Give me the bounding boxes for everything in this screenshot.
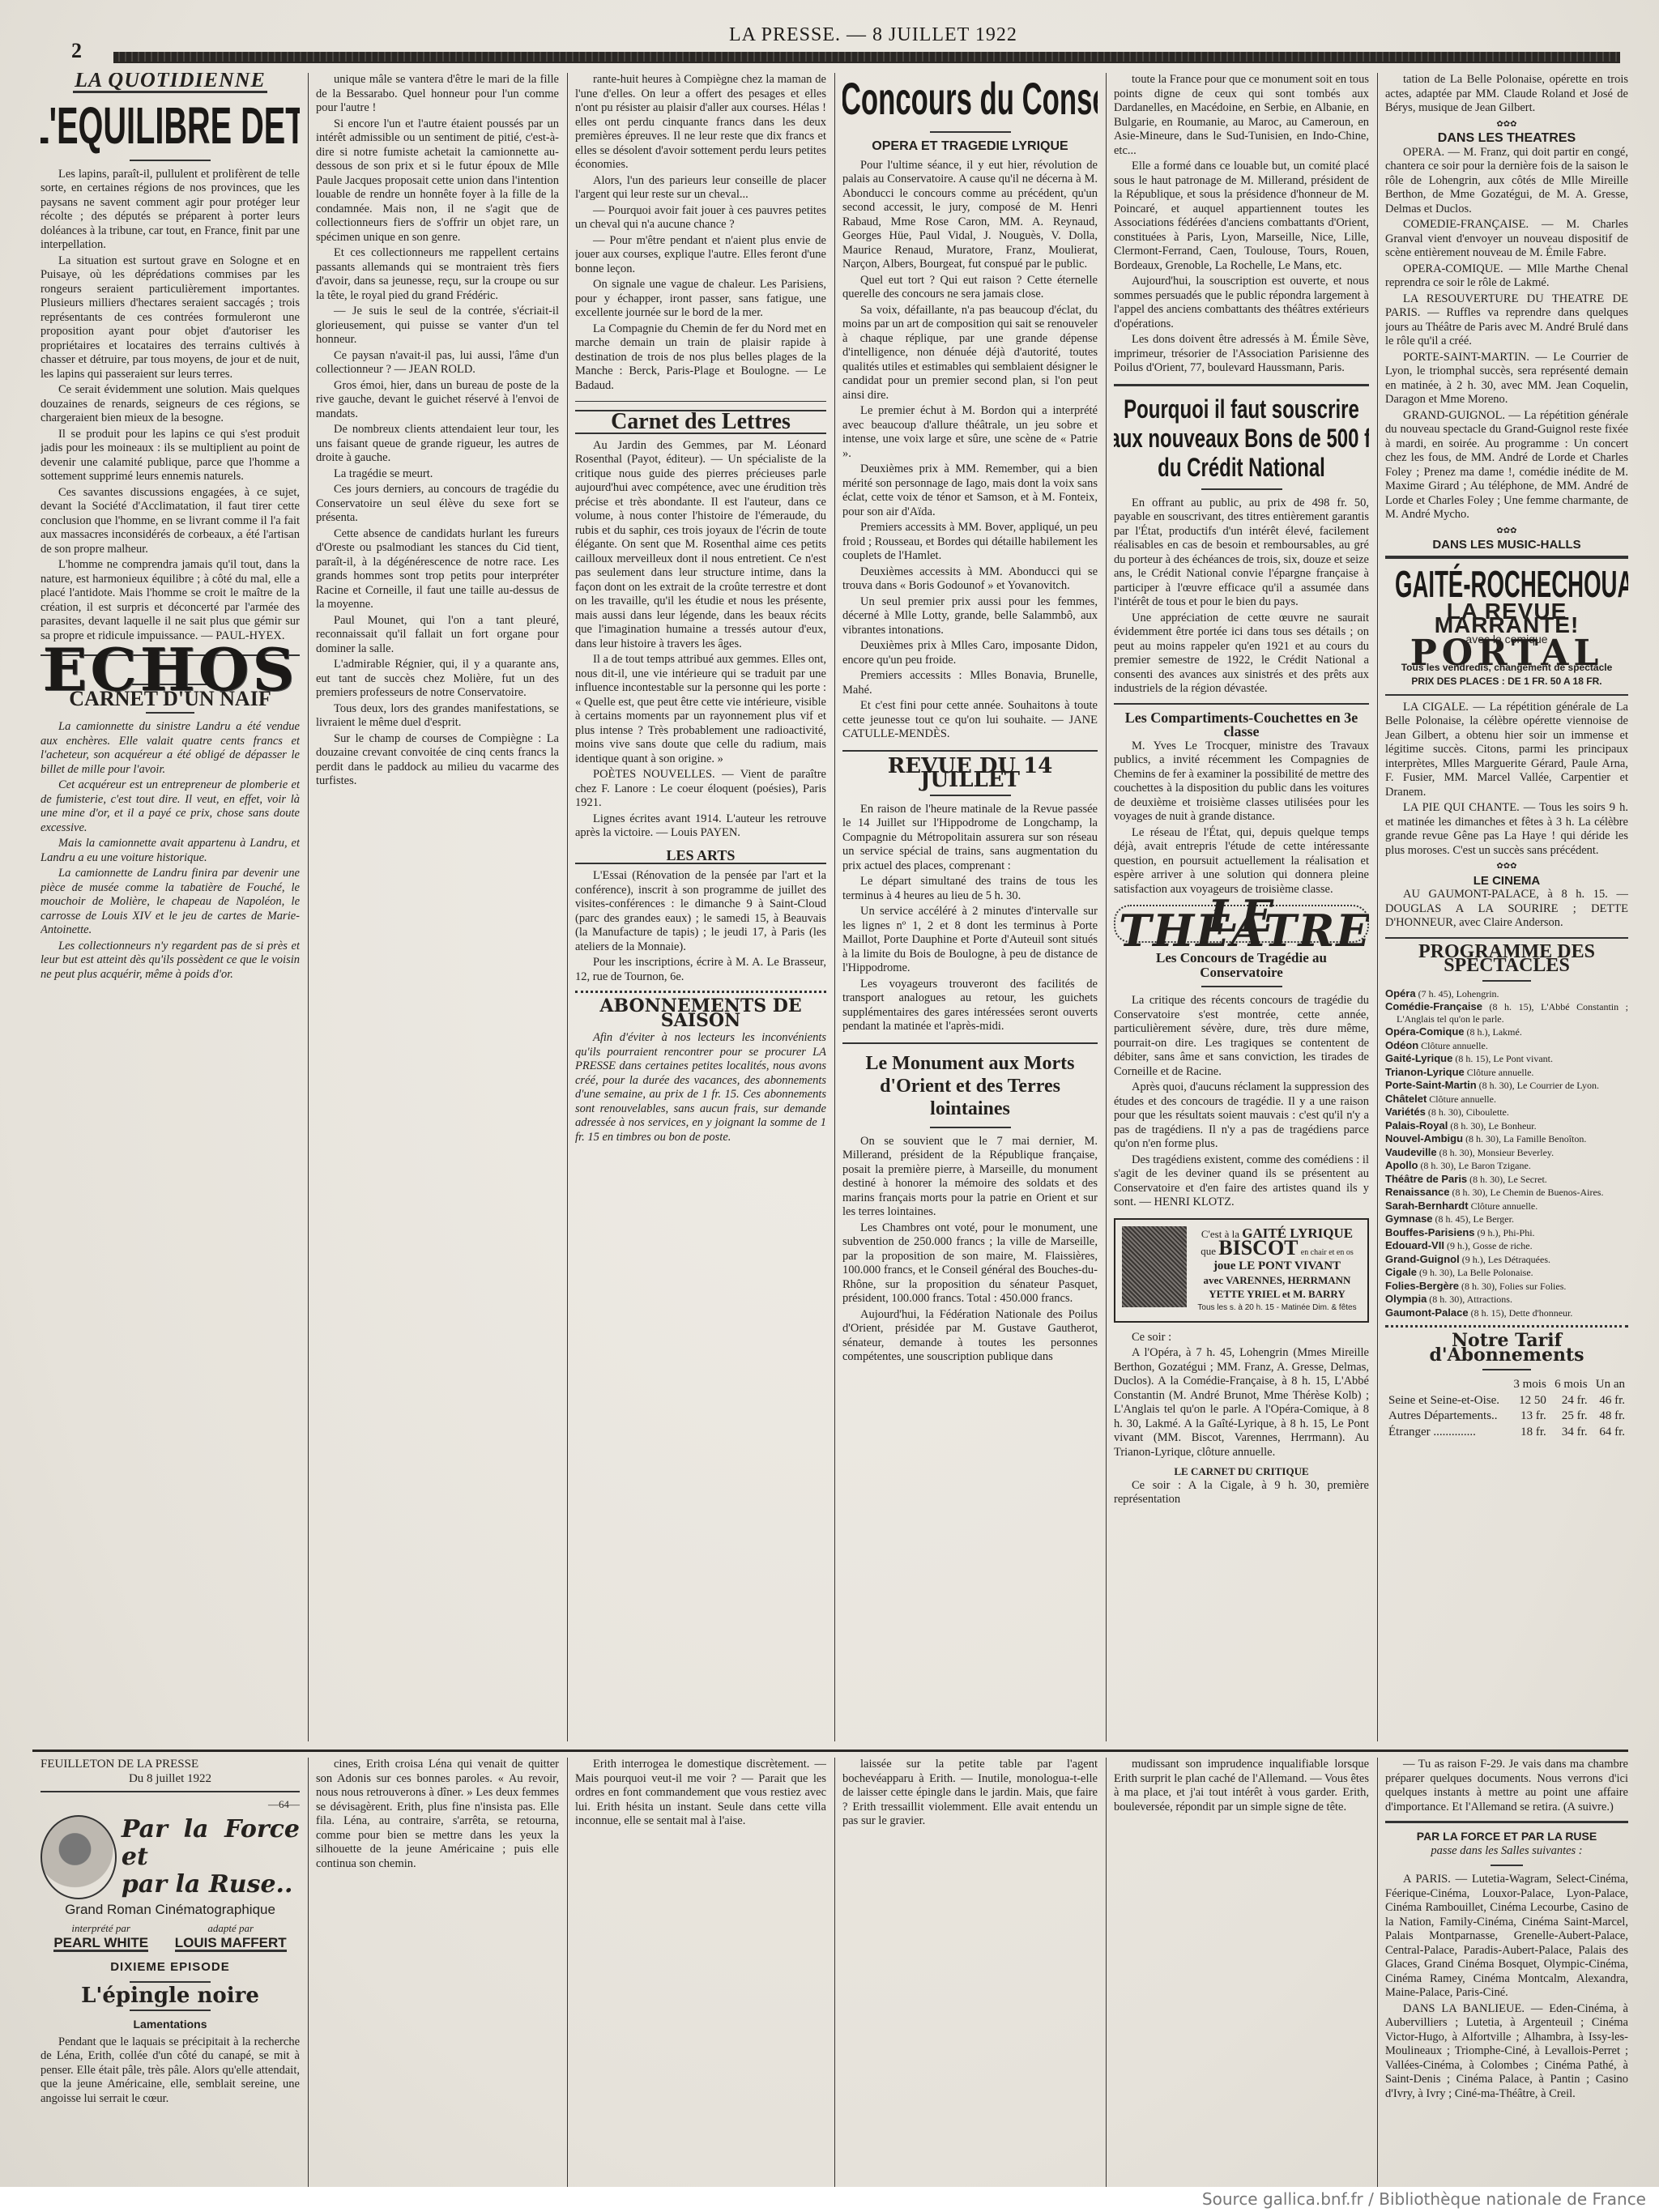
venue-info: (9 h.), Phi-Phi. — [1478, 1227, 1535, 1238]
programme-item: Porte-Saint-Martin (8 h. 30), Le Courrie… — [1385, 1080, 1628, 1092]
cinema-note: AU GAUMONT-PALACE, à 8 h. 15. — DOUGLAS … — [1385, 888, 1628, 931]
feuilleton-title-line1: Par la Force et — [122, 1816, 300, 1871]
tarif-cell: 24 fr. — [1550, 1393, 1591, 1409]
paragraph: Un service accéléré à 2 minutes d'interv… — [842, 905, 1098, 976]
paragraph: LA PIE QUI CHANTE. — Tous les soirs 9 h.… — [1385, 801, 1628, 858]
echos-title: ECHOS — [41, 663, 300, 677]
venue-name: Comédie-Française — [1385, 1000, 1482, 1012]
paragraph: M. Yves Le Trocquer, ministre des Travau… — [1114, 739, 1369, 825]
venue-name: Grand-Guignol — [1385, 1253, 1460, 1265]
page-number: 2 — [71, 39, 82, 63]
theatre-banner: LE THÉATRE — [1114, 905, 1369, 943]
venue-name: Châtelet — [1385, 1093, 1427, 1105]
programme-item: Cigale (9 h. 30), La Belle Polonaise. — [1385, 1267, 1628, 1279]
echos-subtitle: CARNET D'UN NAIF — [41, 692, 300, 706]
paragraph: La camionnette de Landru finira par deve… — [41, 867, 300, 938]
tarif-cell: 64 fr. — [1591, 1425, 1628, 1441]
paragraph: Ce serait évidemment une solution. Mais … — [41, 383, 300, 426]
paragraph: unique mâle se vantera d'être le mari de… — [316, 73, 559, 116]
article-body: unique mâle se vantera d'être le mari de… — [316, 73, 559, 789]
tarif-table: 3 mois6 moisUn an Seine et Seine-et-Oise… — [1385, 1377, 1628, 1440]
credit-title-line2: aux nouveaux Bons de 500 fr. 6% — [1114, 424, 1369, 453]
ornament: ✿✿✿ — [1385, 524, 1628, 539]
paragraph: — Pour m'être pendant et n'aient plus en… — [575, 234, 826, 277]
tarif-header: 3 mois — [1508, 1377, 1550, 1393]
ce-soir-label: Ce soir : — [1114, 1331, 1369, 1345]
tarif-header: 6 mois — [1550, 1377, 1591, 1393]
feuilleton-text: — Tu as raison F-29. Je vais dans ma cha… — [1385, 1758, 1628, 1814]
rule — [1385, 1821, 1628, 1823]
rule — [575, 401, 826, 402]
paragraph: En offrant au public, au prix de 498 fr.… — [1114, 497, 1369, 610]
ad-text: en chair et en os — [1301, 1248, 1354, 1257]
rule — [1385, 1325, 1628, 1328]
programme-item: Folies-Bergère (8 h. 30), Folies sur Fol… — [1385, 1281, 1628, 1293]
venue-name: Gaité-Lyrique — [1385, 1052, 1452, 1064]
paragraph: Une appréciation de cette œuvre ne saura… — [1114, 612, 1369, 697]
column-theatres: tation de La Belle Polonaise, opérette e… — [1385, 73, 1628, 1741]
paragraph: Le réseau de l'État, qui, depuis quelque… — [1114, 826, 1369, 897]
venue-info: (8 h. 30), Le Bonheur. — [1450, 1120, 1536, 1132]
tarif-cell: Seine et Seine-et-Oise. — [1385, 1393, 1508, 1409]
paragraph: Quel eut tort ? Qui eut raison ? Cette é… — [842, 274, 1098, 302]
ad-play: joue LE PONT VIVANT — [1193, 1259, 1361, 1273]
tarif-cell: Autres Départements.. — [1385, 1409, 1508, 1425]
masthead-title: LA PRESSE. — 8 JUILLET 1922 — [729, 24, 1017, 46]
paragraph: Les lapins, paraît-il, pullulent et prol… — [41, 168, 300, 253]
column-divider — [1106, 1758, 1107, 2187]
venue-name: Gymnase — [1385, 1213, 1433, 1225]
gaite-prix: PRIX DES PLACES : DE 1 FR. 50 A 18 FR. — [1385, 675, 1628, 689]
feuilleton-rule — [32, 1750, 1628, 1752]
venue-name: Odéon — [1385, 1039, 1418, 1051]
venue-info: (8 h. 30), Le Secret. — [1469, 1174, 1547, 1185]
paragraph: Mais la camionnette avait appartenu à La… — [41, 837, 300, 865]
tarif-title: Notre Tarif d'Abonnements — [1385, 1334, 1628, 1362]
venue-info: (8 h. 30), Ciboulette. — [1428, 1106, 1509, 1118]
feuilleton-column: mudissant son imprudence inqualifiable l… — [1114, 1758, 1369, 2187]
feuilleton-text: mudissant son imprudence inqualifiable l… — [1114, 1758, 1369, 1814]
paragraph: Cet acquéreur est un entrepreneur de plo… — [41, 778, 300, 835]
programme-item: Gaumont-Palace (8 h. 15), Dette d'honneu… — [1385, 1307, 1628, 1319]
column-divider — [567, 73, 568, 1741]
carnet-critique-title: LE CARNET DU CRITIQUE — [1114, 1464, 1369, 1479]
venue-info: (8 h. 30), La Famille Benoîton. — [1465, 1133, 1586, 1144]
paragraph: Un seul premier prix aussi pour les femm… — [842, 595, 1098, 638]
tarif-cell: 13 fr. — [1508, 1409, 1550, 1425]
paragraph: Deuxièmes prix à MM. Remember, qui a bie… — [842, 462, 1098, 519]
paragraph: Les collectionneurs n'y regardent pas de… — [41, 940, 300, 982]
carnet-critique-text: Ce soir : A la Cigale, à 9 h. 30, premiè… — [1114, 1479, 1369, 1507]
paragraph: Pour les inscriptions, écrire à M. A. Le… — [575, 956, 826, 984]
tarif-row: Autres Départements..13 fr.25 fr.48 fr. — [1385, 1409, 1628, 1425]
article-body: Pour l'ultime séance, il y eut hier, rév… — [842, 159, 1098, 742]
paris-list: Lutetia-Wagram, Select-Cinéma, Féerique-… — [1385, 1873, 1628, 1999]
venue-name: Porte-Saint-Martin — [1385, 1079, 1477, 1091]
tarif-header: Un an — [1591, 1377, 1628, 1393]
chapter-title: Lamentations — [41, 2018, 300, 2032]
paragraph: tation de La Belle Polonaise, opérette e… — [1385, 73, 1628, 116]
venue-name: Sarah-Bernhardt — [1385, 1200, 1469, 1212]
paragraph: Il a de tout temps attribué aux gemmes. … — [575, 653, 826, 766]
feuilleton-genre: Grand Roman Cinématographique — [41, 1903, 300, 1917]
paragraph: Pour l'ultime séance, il y eut hier, rév… — [842, 159, 1098, 272]
paragraph: La Compagnie du Chemin de fer du Nord me… — [575, 322, 826, 394]
column-divider — [308, 1758, 309, 2187]
programme-item: Théâtre de Paris (8 h. 30), Le Secret. — [1385, 1174, 1628, 1186]
theatre-title: LE THÉATRE — [1119, 910, 1364, 938]
paragraph: — Pourquoi avoir fait jouer à ces pauvre… — [575, 204, 826, 232]
paragraph: En raison de l'heure matinale de la Revu… — [842, 803, 1098, 874]
paragraph: Ces jours derniers, au concours de tragé… — [316, 483, 559, 526]
paragraph: Gros émoi, hier, dans un bureau de poste… — [316, 379, 559, 422]
feuilleton-title-line2: par la Ruse.. — [122, 1871, 300, 1899]
venue-info: (7 h. 45), Lohengrin. — [1418, 988, 1499, 999]
venue-name: Théâtre de Paris — [1385, 1173, 1467, 1185]
paragraph: Premiers accessits à MM. Bover, appliqué… — [842, 521, 1098, 564]
column-carnet: rante-huit heures à Compiègne chez la ma… — [575, 73, 826, 1741]
paragraph: Il se produit pour les lapins ce qui s'e… — [41, 428, 300, 484]
column-divider — [1106, 73, 1107, 1741]
banlieue-label: DANS LA BANLIEUE. — [1403, 2002, 1525, 2015]
venue-name: Palais-Royal — [1385, 1119, 1448, 1132]
rule — [1491, 1865, 1523, 1866]
venue-name: Gaumont-Palace — [1385, 1306, 1469, 1319]
venue-info: Clôture annuelle. — [1429, 1093, 1496, 1105]
paragraph: On se souvient que le 7 mai dernier, M. … — [842, 1135, 1098, 1220]
tarif-row: Seine et Seine-et-Oise.12 5024 fr.46 fr. — [1385, 1393, 1628, 1409]
feuilleton-text: Pendant que le laquais se précipitait à … — [41, 2035, 300, 2107]
venue-info: Clôture annuelle. — [1471, 1200, 1538, 1212]
programme-item: Vaudeville (8 h. 30), Monsieur Beverley. — [1385, 1147, 1628, 1159]
rule — [1114, 703, 1369, 705]
programme-item: Edouard-VII (9 h.), Gosse de riche. — [1385, 1240, 1628, 1252]
paragraph: L'homme ne comprendra jamais qu'il tout,… — [41, 558, 300, 643]
feuilleton-column: cines, Erith croisa Léna qui venait de q… — [316, 1758, 559, 2187]
arts-body: L'Essai (Rénovation de la pensée par l'a… — [575, 869, 826, 984]
venue-name: Folies-Bergère — [1385, 1280, 1459, 1292]
rule — [930, 131, 1011, 133]
ce-soir-text: A l'Opéra, à 7 h. 45, Lohengrin (Mmes Mi… — [1114, 1346, 1369, 1460]
paragraph: Tous deux, lors des grandes manifestatio… — [316, 702, 559, 731]
article-body: Les lapins, paraît-il, pullulent et prol… — [41, 168, 300, 644]
rule — [146, 712, 194, 714]
programme-item: Apollo (8 h. 30), Le Baron Tzigane. — [1385, 1160, 1628, 1172]
paragraph: GRAND-GUIGNOL. — La répétition générale … — [1385, 409, 1628, 522]
programme-item: Gaité-Lyrique (8 h. 15), Le Pont vivant. — [1385, 1053, 1628, 1065]
section-kicker: LA QUOTIDIENNE — [41, 73, 300, 87]
echos-body: La camionnette du sinistre Landru a été … — [41, 720, 300, 982]
interprete-label: interprété par — [53, 1921, 148, 1936]
portrait-medallion — [41, 1815, 117, 1899]
column-conservatoire: Concours du Conservatoire OPERA ET TRAGE… — [842, 73, 1098, 1741]
column-divider — [567, 1758, 568, 2187]
credit-title-line1: Pourquoi il faut souscrire — [1114, 394, 1369, 424]
tarif-cell: 25 fr. — [1550, 1409, 1591, 1425]
column-divider — [834, 73, 835, 1741]
tarif-cell: 18 fr. — [1508, 1425, 1550, 1441]
monument-body: On se souvient que le 7 mai dernier, M. … — [842, 1135, 1098, 1365]
rule — [130, 1981, 211, 1983]
paragraph: Au Jardin des Gemmes, par M. Léonard Ros… — [575, 439, 826, 652]
credit-title-line3: du Crédit National — [1114, 453, 1369, 482]
venue-info: (8 h. 30), Le Courrier de Lyon. — [1479, 1080, 1599, 1091]
music-halls-title: DANS LES MUSIC-HALLS — [1385, 538, 1628, 552]
paragraph: Le premier échut à M. Bordon qui a inter… — [842, 404, 1098, 461]
venue-info: (8 h. 45), Le Berger. — [1435, 1213, 1514, 1225]
paragraph: Après quoi, d'aucuns réclament la suppre… — [1114, 1080, 1369, 1152]
venue-info: (8 h. 30), Le Baron Tzigane. — [1420, 1160, 1530, 1171]
paragraph: Alors, l'un des parieurs leur conseille … — [575, 174, 826, 202]
paragraph: POÈTES NOUVELLES. — Vient de paraître ch… — [575, 768, 826, 811]
programme-item: Châtelet Clôture annuelle. — [1385, 1093, 1628, 1106]
venue-info: (8 h. 30), Folies sur Folies. — [1461, 1281, 1566, 1292]
rule — [842, 1042, 1098, 1044]
paragraph: Des tragédiens existent, comme des coméd… — [1114, 1153, 1369, 1210]
paragraph: La situation est surtout grave en Sologn… — [41, 254, 300, 382]
music-notes: LA CIGALE. — La répétition générale de L… — [1385, 701, 1628, 859]
venue-name: Olympia — [1385, 1293, 1427, 1305]
programme-item: Opéra-Comique (8 h.), Lakmé. — [1385, 1026, 1628, 1038]
tarif-cell: 12 50 — [1508, 1393, 1550, 1409]
ornament: ✿✿✿ — [1385, 117, 1628, 132]
paragraph: La tragédie se meurt. — [316, 467, 559, 482]
paragraph: Aujourd'hui, la Fédération Nationale des… — [842, 1308, 1098, 1365]
paragraph: Cette absence de candidats hurlant les f… — [316, 527, 559, 612]
programme-item: Sarah-Bernhardt Clôture annuelle. — [1385, 1200, 1628, 1213]
gaite-rochechouart: GAITÉ-ROCHECHOUART — [1395, 564, 1618, 604]
tarif-row: Étranger ..............18 fr.34 fr.64 fr… — [1385, 1425, 1628, 1441]
feuilleton-column: Erith interrogea le domestique discrètem… — [575, 1758, 826, 2187]
paragraph: L'Essai (Rénovation de la pensée par l'a… — [575, 869, 826, 954]
venue-name: Apollo — [1385, 1159, 1418, 1171]
venue-info: (8 h.), Lakmé. — [1467, 1026, 1522, 1038]
adapte-name: LOUIS MAFFERT — [175, 1936, 287, 1953]
paris-label: A PARIS. — [1403, 1873, 1451, 1886]
venue-info: (9 h. 30), La Belle Polonaise. — [1419, 1267, 1533, 1278]
biscot-portrait — [1122, 1226, 1187, 1307]
rule — [1201, 986, 1282, 987]
ad-cast: avec VARENNES, HERRMANN — [1193, 1273, 1361, 1287]
column-divider — [308, 73, 309, 1741]
venue-name: Cigale — [1385, 1266, 1417, 1278]
masthead: 2 LA PRESSE. — 8 JUILLET 1922 — [32, 24, 1620, 65]
paragraph: L'admirable Régnier, qui, il y a quarant… — [316, 658, 559, 701]
programme-item: Palais-Royal (8 h. 30), Le Bonheur. — [1385, 1120, 1628, 1132]
rule — [842, 750, 1098, 752]
paragraph: La camionnette du sinistre Landru a été … — [41, 720, 300, 777]
salles-title: PAR LA FORCE ET PAR LA RUSE — [1385, 1830, 1628, 1844]
feuilleton-text: Erith interrogea le domestique discrètem… — [575, 1758, 826, 1829]
article-body: rante-huit heures à Compiègne chez la ma… — [575, 73, 826, 393]
programme-item: Odéon Clôture annuelle. — [1385, 1040, 1628, 1052]
column-divider — [1377, 1758, 1378, 2187]
paragraph: Sa voix, défaillante, n'a pas beaucoup d… — [842, 304, 1098, 403]
feuilleton-column: laissée sur la petite table par l'agent … — [842, 1758, 1098, 2187]
episode-title: L'épingle noire — [41, 1989, 300, 2004]
column-echos-continued: unique mâle se vantera d'être le mari de… — [316, 73, 559, 1741]
feuilleton-text: laissée sur la petite table par l'agent … — [842, 1758, 1098, 1829]
paragraph: Ces savantes discussions engagées, à ce … — [41, 486, 300, 557]
paragraph: Paul Mounet, qui l'on a tant pleuré, rec… — [316, 614, 559, 657]
paragraph: Aujourd'hui, la souscription est ouverte… — [1114, 275, 1369, 331]
tarif-cell: 48 fr. — [1591, 1409, 1628, 1425]
adapte-label: adapté par — [175, 1921, 287, 1936]
venue-info: Clôture annuelle. — [1421, 1040, 1488, 1051]
gaite-note: Tous les vendredis, changement de specta… — [1385, 661, 1628, 676]
ad-cast: YETTE YRIEL et M. BARRY — [1193, 1287, 1361, 1301]
programme-item: Olympia (8 h. 30), Attractions. — [1385, 1294, 1628, 1306]
programme-item: Bouffes-Parisiens (9 h.), Phi-Phi. — [1385, 1227, 1628, 1239]
subhead: OPERA ET TRAGEDIE LYRIQUE — [842, 139, 1098, 154]
rule — [1201, 488, 1282, 490]
abonnements-text: Afin d'éviter à nos lecteurs les inconvé… — [575, 1031, 826, 1144]
paragraph: LA CIGALE. — La répétition générale de L… — [1385, 701, 1628, 800]
paragraph: Sur le champ de courses de Compiègne : L… — [316, 732, 559, 789]
paragraph: PORTE-SAINT-MARTIN. — Le Courrier de Lyo… — [1385, 351, 1628, 407]
paragraph: On signale une vague de chaleur. Les Par… — [575, 278, 826, 321]
ornament: ✿✿✿ — [1385, 859, 1628, 874]
revue-title: REVUE DU 14 JUILLET — [842, 760, 1098, 788]
carnet-des-lettres-title: Carnet des Lettres — [575, 410, 826, 434]
venue-name: Bouffes-Parisiens — [1385, 1226, 1475, 1238]
revue-marrante: LA REVUE MARRANTE! — [1385, 604, 1628, 633]
couchettes-title: Les Compartiments-Couchettes en 3e class… — [1114, 711, 1369, 739]
theatre-notes: OPERA. — M. Franz, qui doit partir en co… — [1385, 146, 1628, 522]
paragraph: Deuxièmes accessits à MM. Abonducci qui … — [842, 565, 1098, 594]
feuilleton-title-block: Par la Force et par la Ruse.. — [41, 1815, 300, 1899]
venue-name: Edouard-VII — [1385, 1239, 1444, 1251]
venue-info: (8 h. 30), Monsieur Beverley. — [1439, 1147, 1555, 1158]
paragraph: Et c'est fini pour cette année. Souhaito… — [842, 699, 1098, 742]
credit-body: En offrant au public, au prix de 498 fr.… — [1114, 497, 1369, 697]
venue-info: (8 h. 30), Le Chemin de Buenos-Aires. — [1452, 1187, 1604, 1198]
programme-list: Opéra (7 h. 45), Lohengrin.Comédie-Franç… — [1385, 988, 1628, 1319]
rule — [1482, 1369, 1531, 1370]
paragraph: Si encore l'un et l'autre étaient poussé… — [316, 117, 559, 245]
paragraph: Lignes écrites avant 1914. L'auteur les … — [575, 812, 826, 841]
revue-body: En raison de l'heure matinale de la Revu… — [842, 803, 1098, 1034]
venue-name: Opéra — [1385, 987, 1416, 999]
rule — [1385, 937, 1628, 939]
feuilleton-number: —64— — [41, 1797, 300, 1812]
paragraph: Ce paysan n'avait-il pas, lui aussi, l'â… — [316, 349, 559, 377]
venue-name: Vaudeville — [1385, 1146, 1437, 1158]
paragraph: toute la France pour que ce monument soi… — [1114, 73, 1369, 158]
banlieue-list: Eden-Cinéma, à Aubervilliers ; Lutetia, … — [1385, 2002, 1628, 2100]
venue-name: Variétés — [1385, 1106, 1426, 1118]
cinema-title: LE CINEMA — [1385, 874, 1628, 889]
les-arts-title: LES ARTS — [575, 849, 826, 865]
feuilleton-text: cines, Erith croisa Léna qui venait de q… — [316, 1758, 559, 1871]
ad-text: que — [1201, 1245, 1216, 1257]
carnet-body: Au Jardin des Gemmes, par M. Léonard Ros… — [575, 439, 826, 841]
article-body: toute la France pour que ce monument soi… — [1114, 73, 1369, 376]
abonnements-title: ABONNEMENTS DE SAISON — [575, 999, 826, 1028]
rule — [930, 1127, 1011, 1128]
venue-info: Clôture annuelle. — [1467, 1067, 1534, 1078]
dans-les-theatres-title: DANS LES THEATRES — [1385, 131, 1628, 146]
paragraph: La critique des récents concours de trag… — [1114, 994, 1369, 1079]
paragraph: Et ces collectionneurs me rappellent cer… — [316, 246, 559, 303]
venue-info: (8 h. 15), Le Pont vivant. — [1455, 1053, 1553, 1064]
paragraph: OPERA-COMIQUE. — Mlle Marthe Chenal repr… — [1385, 262, 1628, 291]
programme-item: Trianon-Lyrique Clôture annuelle. — [1385, 1067, 1628, 1079]
paragraph: Le départ simultané des trains de tous l… — [842, 875, 1098, 903]
monument-title: Le Monument aux Morts d'Orient et des Te… — [842, 1052, 1098, 1120]
masthead-rule — [113, 52, 1620, 63]
couchettes-body: M. Yves Le Trocquer, ministre des Travau… — [1114, 739, 1369, 897]
tarif-cell: Étranger .............. — [1385, 1425, 1508, 1441]
feuilleton-label: FEUILLETON DE LA PRESSE — [41, 1758, 300, 1772]
gaite-lyrique-ad: C'est à la GAITÉ LYRIQUE que BISCOT en c… — [1114, 1218, 1369, 1323]
paragraph: — Je suis le seul de la contrée, s'écria… — [316, 305, 559, 347]
rule — [575, 991, 826, 993]
venue-name: Renaissance — [1385, 1186, 1450, 1198]
paragraph: Elle a formé dans ce louable but, un com… — [1114, 160, 1369, 273]
column-divider — [834, 1758, 835, 2187]
venue-name: Trianon-Lyrique — [1385, 1066, 1465, 1078]
newspaper-page: 2 LA PRESSE. — 8 JUILLET 1922 LA QUOTIDI… — [0, 0, 1659, 2187]
tarif-header — [1385, 1377, 1508, 1393]
tarif-cell: 34 fr. — [1550, 1425, 1591, 1441]
paragraph: Premiers accessits : Mlles Bonavia, Brun… — [842, 669, 1098, 697]
article-body: tation de La Belle Polonaise, opérette e… — [1385, 73, 1628, 116]
paragraph: Les dons doivent être adressés à M. Émil… — [1114, 333, 1369, 376]
venue-info: (9 h.), Gosse de riche. — [1447, 1240, 1533, 1251]
rule — [41, 1791, 300, 1792]
column-quotidienne: LA QUOTIDIENNE L'EQUILIBRE DETRUIT Les l… — [41, 73, 300, 1741]
ad-schedule: Tous les s. à 20 h. 15 - Matinée Dim. & … — [1193, 1301, 1361, 1315]
rule — [1385, 694, 1628, 696]
programme-item: Renaissance (8 h. 30), Le Chemin de Buen… — [1385, 1187, 1628, 1199]
salles-subtitle: passe dans les Salles suivantes : — [1385, 1844, 1628, 1859]
programme-item: Variétés (8 h. 30), Ciboulette. — [1385, 1106, 1628, 1119]
feuilleton-date: Du 8 juillet 1922 — [41, 1772, 300, 1787]
venue-name: Nouvel-Ambigu — [1385, 1132, 1463, 1144]
interprete-name: PEARL WHITE — [53, 1936, 148, 1953]
paragraph: Deuxièmes prix à Mlles Caro, imposante D… — [842, 639, 1098, 667]
headline: L'EQUILIBRE DETRUIT — [41, 98, 300, 153]
rule — [130, 2010, 211, 2011]
paragraph: Les Chambres ont voté, pour le monument,… — [842, 1221, 1098, 1306]
venue-info: (8 h. 15), Dette d'honneur. — [1471, 1307, 1573, 1319]
programme-title: PROGRAMME DES SPECTACLES — [1385, 945, 1628, 974]
portal: PORTAL — [1385, 646, 1628, 661]
feuilleton-column: — Tu as raison F-29. Je vais dans ma cha… — [1385, 1758, 1628, 2187]
programme-item: Comédie-Française (8 h. 15), L'Abbé Cons… — [1385, 1001, 1628, 1025]
rule — [1385, 556, 1628, 559]
programme-item: Opéra (7 h. 45), Lohengrin. — [1385, 988, 1628, 1000]
venue-info: (8 h. 30), Attractions. — [1429, 1294, 1512, 1305]
feuilleton-header: FEUILLETON DE LA PRESSE Du 8 juillet 192… — [41, 1758, 300, 2187]
episode-label: DIXIEME EPISODE — [41, 1960, 300, 1975]
programme-item: Grand-Guignol (9 h.), Les Détraquées. — [1385, 1254, 1628, 1266]
source-credit: Source gallica.bnf.fr / Bibliothèque nat… — [0, 2187, 1659, 2212]
venue-info: (9 h.), Les Détraquées. — [1462, 1254, 1550, 1265]
rule — [130, 160, 211, 161]
paragraph: OPERA. — M. Franz, qui doit partir en co… — [1385, 146, 1628, 217]
paragraph: LA RESOUVERTURE DU THEATRE DE PARIS. — R… — [1385, 292, 1628, 349]
paragraph: COMEDIE-FRANÇAISE. — M. Charles Granval … — [1385, 218, 1628, 261]
rule — [1482, 980, 1531, 982]
column-divider — [1377, 73, 1378, 1741]
headline: Concours du Conservatoire — [842, 73, 1098, 125]
ad-star: BISCOT — [1218, 1236, 1298, 1259]
paragraph: De nombreux clients attendaient leur tou… — [316, 423, 559, 466]
programme-item: Nouvel-Ambigu (8 h. 30), La Famille Beno… — [1385, 1133, 1628, 1145]
tarif-cell: 46 fr. — [1591, 1393, 1628, 1409]
